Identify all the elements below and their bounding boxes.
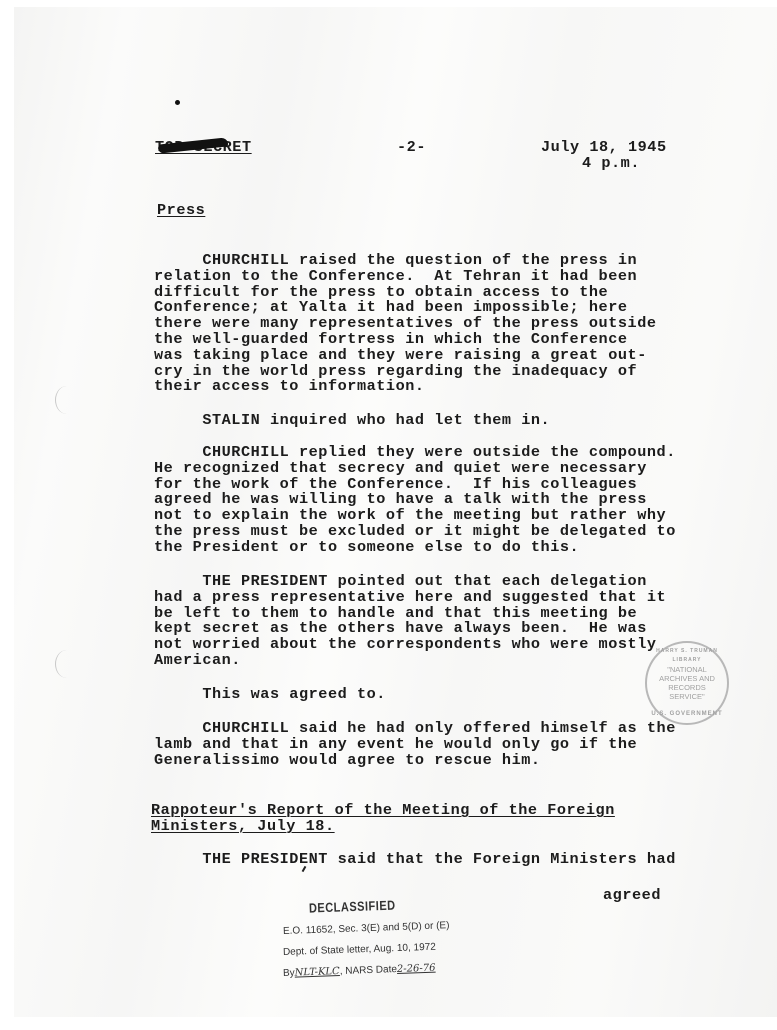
page-margin bbox=[0, 1017, 777, 1030]
stamp-line: ARCHIVES AND bbox=[653, 674, 721, 683]
declassification-stamp: DECLASSIFIED E.O. 11652, Sec. 3(E) and 5… bbox=[283, 900, 450, 984]
catchword: agreed bbox=[603, 888, 661, 904]
punch-hole-mark bbox=[55, 386, 78, 414]
paragraph-churchill-reply: CHURCHILL replied they were outside the … bbox=[154, 445, 676, 556]
page-number: -2- bbox=[397, 140, 426, 156]
document-time: 4 p.m. bbox=[582, 156, 640, 172]
stamp-ring-bottom-text: U.S. GOVERNMENT bbox=[647, 710, 727, 719]
text-line: This was agreed to. bbox=[154, 687, 386, 703]
stamp-center-text: "NATIONAL ARCHIVES AND RECORDS SERVICE" bbox=[653, 665, 721, 701]
declassification-by-line: ByNLT-KLC, NARS Date2-26-76 bbox=[283, 957, 450, 984]
archive-stamp: HARRY S. TRUMAN LIBRARY "NATIONAL ARCHIV… bbox=[645, 641, 729, 725]
classification-marking: TOP SECRET bbox=[155, 140, 251, 156]
stamp-line: RECORDS bbox=[653, 683, 721, 692]
paragraph-president-response: THE PRESIDENT pointed out that each dele… bbox=[154, 574, 666, 669]
section-heading-rapporteur-line2: Ministers, July 18. bbox=[151, 819, 335, 835]
by-signature: NLT-KLC bbox=[294, 966, 339, 979]
ink-dot-mark bbox=[175, 100, 180, 105]
text-line: American. bbox=[154, 653, 666, 669]
nars-label: , NARS Date bbox=[340, 964, 398, 977]
text-line: Generalissimo would agree to rescue him. bbox=[154, 753, 676, 769]
section-heading-press: Press bbox=[157, 203, 205, 219]
stamp-line: SERVICE" bbox=[653, 692, 721, 701]
paragraph-president-foreign-ministers: THE PRESIDENT said that the Foreign Mini… bbox=[154, 852, 676, 868]
paragraph-agreement: This was agreed to. bbox=[154, 687, 386, 703]
text-line: their access to information. bbox=[154, 379, 657, 395]
text-line: THE PRESIDENT said that the Foreign Mini… bbox=[154, 852, 676, 868]
text-line: STALIN inquired who had let them in. bbox=[154, 413, 550, 429]
paragraph-stalin-inquiry: STALIN inquired who had let them in. bbox=[154, 413, 550, 429]
punch-hole-mark bbox=[55, 650, 78, 678]
text-line: the President or to someone else to do t… bbox=[154, 540, 676, 556]
paragraph-churchill-lamb: CHURCHILL said he had only offered himse… bbox=[154, 721, 676, 768]
stamp-ring-top-text: HARRY S. TRUMAN LIBRARY bbox=[647, 647, 727, 665]
paragraph-churchill-press: CHURCHILL raised the question of the pre… bbox=[154, 253, 657, 395]
nars-date: 2-26-76 bbox=[397, 963, 436, 975]
by-label: By bbox=[283, 968, 295, 979]
stamp-line: "NATIONAL bbox=[653, 665, 721, 674]
